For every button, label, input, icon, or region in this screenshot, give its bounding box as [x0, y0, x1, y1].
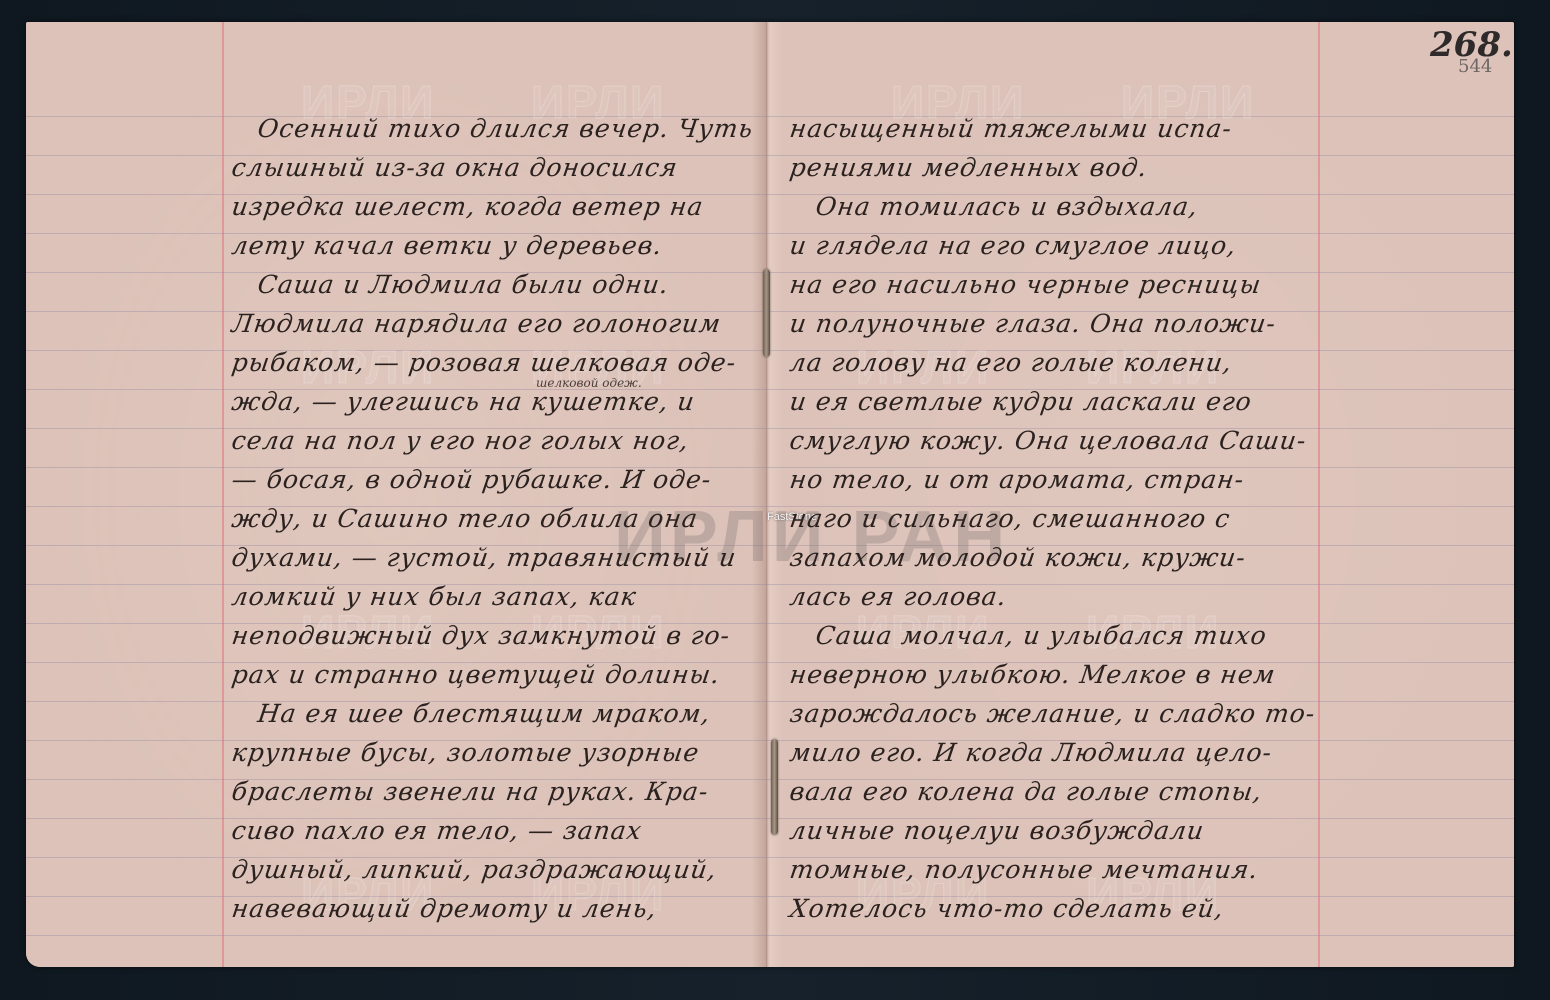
manuscript-line: Она томилась и вздыхала,: [814, 192, 1200, 221]
manuscript-line: сиво пахло ея тело, — запах: [230, 816, 644, 845]
manuscript-line: и ея светлые кудри ласкали его: [788, 387, 1254, 416]
manuscript-line: мило его. И когда Людмила цело-: [788, 738, 1274, 767]
manuscript-line: Хотелось что-то сделать ей,: [788, 894, 1226, 923]
manuscript-line: крупные бусы, золотые узорные: [230, 738, 701, 767]
manuscript-line: На ея шее блестящим мраком,: [256, 699, 713, 728]
manuscript-line: и глядела на его смуглое лицо,: [788, 231, 1238, 260]
manuscript-line: запахом молодой кожи, кружи-: [788, 543, 1248, 572]
manuscript-line: навевающий дремоту и лень,: [230, 894, 659, 923]
manuscript-line: рах и странно цветущей долины.: [230, 660, 722, 689]
manuscript-line: лету качал ветки у деревьев.: [230, 231, 664, 260]
manuscript-line: неверною улыбкою. Мелкое в нем: [788, 660, 1278, 689]
left-margin-line: [222, 22, 224, 967]
manuscript-line: рениями медленных вод.: [788, 153, 1150, 182]
manuscript-line: — босая, в одной рубашке. И оде-: [230, 465, 714, 494]
folio-secondary-number: 544: [1458, 56, 1492, 77]
manuscript-line: томные, полусонные мечтания.: [788, 855, 1260, 884]
right-margin-line: [1318, 22, 1320, 967]
notebook-spread: ИРЛИ ИРЛИ ИРЛИ ИРЛИ ИРЛИ ИРЛИ ИРЛИ ИРЛИ …: [26, 22, 1514, 967]
manuscript-line: лась ея голова.: [788, 582, 1009, 611]
manuscript-line: Саша и Людмила были одни.: [256, 270, 671, 299]
manuscript-line: браслеты звенели на руках. Кра-: [230, 777, 711, 806]
manuscript-line: душный, липкий, раздражающий,: [230, 855, 719, 884]
manuscript-line: изредка шелест, когда ветер на: [230, 192, 706, 221]
manuscript-line: Осенний тихо длился вечер. Чуть: [256, 114, 755, 143]
manuscript-line: жда, — улегшись на кушетке, и: [230, 387, 697, 416]
manuscript-line: личные поцелуи возбуждали: [788, 816, 1206, 845]
manuscript-line: ломкий у них был запах, как: [230, 582, 639, 611]
manuscript-line: Саша молчал, и улыбался тихо: [814, 621, 1269, 650]
manuscript-line: села на пол у его ног голых ног,: [230, 426, 691, 455]
staple-bottom: [771, 739, 778, 835]
staple-top: [763, 269, 770, 357]
manuscript-line: духами, — густой, травянистый и: [230, 543, 738, 572]
manuscript-line: наго и сильнаго, смешанного с: [788, 504, 1232, 533]
manuscript-line: насыщенный тяжелыми испа-: [788, 114, 1234, 143]
manuscript-line: неподвижный дух замкнутой в го-: [230, 621, 732, 650]
manuscript-line: вала его колена да голые стопы,: [788, 777, 1264, 806]
manuscript-line: на его насильно черные ресницы: [788, 270, 1263, 299]
manuscript-line: рыбаком, — розовая шелковая оде-: [230, 348, 738, 377]
binding-gutter: [752, 22, 784, 967]
manuscript-line: жду, и Сашино тело облила она: [230, 504, 700, 533]
manuscript-line: слышный из-за окна доносился: [230, 153, 680, 182]
manuscript-line: ла голову на его голые колени,: [788, 348, 1234, 377]
manuscript-line: Людмила нарядила его голоногим: [230, 309, 723, 338]
manuscript-line: смуглую кожу. Она целовала Саши-: [788, 426, 1309, 455]
manuscript-line: и полуночные глаза. Она положи-: [788, 309, 1278, 338]
manuscript-line: но тело, и от аромата, стран-: [788, 465, 1246, 494]
manuscript-line: зарождалось желание, и сладко то-: [788, 699, 1318, 728]
